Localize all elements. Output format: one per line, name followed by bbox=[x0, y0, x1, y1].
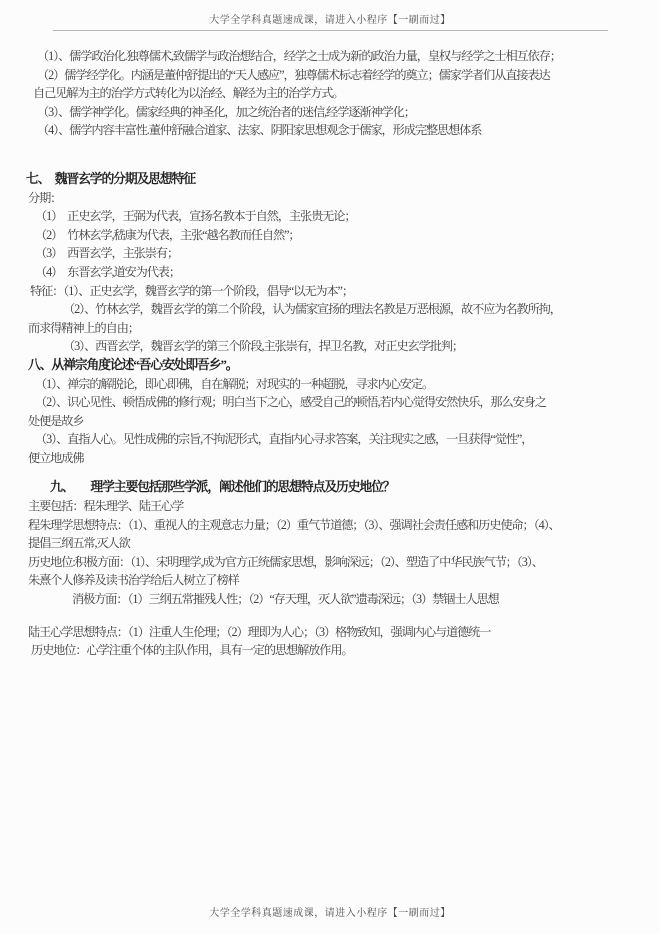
text-line: （4）、儒学内容丰富性.董仲舒融合道家、法家、阴阳家思想观念于儒家，形成完整思想… bbox=[0, 121, 660, 140]
text-line: 分期： bbox=[0, 189, 660, 208]
section-heading-line: 八、从禅宗角度论述“吾心安处即吾乡”。 bbox=[0, 356, 660, 375]
text-line: 消极方面：（1）三纲五常摧残人性；（2）“存天理，灭人欲”遗毒深远；（3）禁锢士… bbox=[0, 590, 660, 609]
section-heading-line: 九、 理学主要包括那些学派，阐述他们的思想特点及历史地位？ bbox=[0, 478, 660, 497]
text-line: （3）、西晋玄学，魏晋玄学的第三个阶段,主张崇有，捍卫名教，对正史玄学批判； bbox=[0, 337, 660, 356]
header-divider bbox=[53, 30, 608, 31]
text-line: （1） 正史玄学，王弼为代表，宣扬名教本于自然，主张贵无论； bbox=[0, 207, 660, 226]
text-line: （1）、禅宗的解脱论，即心即佛，自在解脱；对现实的一种超脱，寻求内心安定。 bbox=[0, 375, 660, 394]
text-line: （3）、儒学神学化。儒家经典的神圣化，加之统治者的迷信,经学逐渐神学化； bbox=[0, 103, 660, 122]
section-heading-line: 七、 魏晋玄学的分期及思想特征 bbox=[0, 170, 660, 189]
text-line: 特征：（1）、正史玄学，魏晋玄学的第一个阶段，倡导“以无为本”； bbox=[0, 282, 660, 301]
document-lines: （1）、儒学政治化.独尊儒术,致儒学与政治想结合，经学之士成为新的政治力量，皇权… bbox=[0, 47, 660, 660]
text-line: 历史地位:积极方面：（1）、宋明理学,成为官方正统儒家思想，影响深远；（2）、塑… bbox=[0, 553, 660, 572]
text-line: （2） 竹林玄学,嵇康为代表，主张“越名教而任自然”； bbox=[0, 226, 660, 245]
text-line: 历史地位：心学注重个体的主队作用，具有一定的思想解放作用。 bbox=[0, 641, 660, 660]
text-line: （3）、直指人心。见性成佛的宗旨,不拘泥形式，直指内心寻求答案，关注现实之感，一… bbox=[0, 430, 660, 449]
page-header: 大学全学科真题速成课，请进入小程序【一刷而过】 bbox=[0, 11, 660, 26]
text-line: （1）、儒学政治化.独尊儒术,致儒学与政治想结合，经学之士成为新的政治力量，皇权… bbox=[0, 47, 660, 66]
text-line: （2）、竹林玄学，魏晋玄学的第二个阶段，认为儒家宣扬的理法名教是万恶根源，故不应… bbox=[0, 300, 660, 319]
text-line: 陆王心学思想特点：（1）注重人生伦理；（2）理即为人心；（3）格物致知，强调内心… bbox=[0, 623, 660, 642]
text-line: （3） 西晋玄学，主张崇有； bbox=[0, 244, 660, 263]
page-footer: 大学全学科真题速成课，请进入小程序【一刷而过】 bbox=[0, 904, 660, 919]
text-line: 提倡三纲五常,灭人欲 bbox=[0, 534, 660, 553]
text-line: 自己见解为主的治学方式转化为以治经、解经为主的治学方式。 bbox=[0, 84, 660, 103]
text-line: 主要包括：程朱理学、陆王心学 bbox=[0, 497, 660, 516]
document-page: 大学全学科真题速成课，请进入小程序【一刷而过】 （1）、儒学政治化.独尊儒术,致… bbox=[0, 0, 660, 934]
text-line: （2）、识心见性、顿悟成佛的修行观；明白当下之心，感受自己的顿悟,若内心觉得安然… bbox=[0, 393, 660, 412]
text-line: 而求得精神上的自由； bbox=[0, 319, 660, 338]
text-line: 处便是故乡 bbox=[0, 412, 660, 431]
text-line: （2）儒学经学化。内涵是董仲舒提出的“天人感应”，独尊儒术标志着经学的奠立；儒家… bbox=[0, 66, 660, 85]
text-line: 便立地成佛 bbox=[0, 449, 660, 468]
text-line: （4） 东晋玄学,道安为代表； bbox=[0, 263, 660, 282]
text-line: 朱熹个人修养及读书治学给后人树立了榜样 bbox=[0, 571, 660, 590]
text-line: 程朱理学思想特点：（1）、重视人的主观意志力量；（2）重气节道德；（3）、强调社… bbox=[0, 516, 660, 535]
